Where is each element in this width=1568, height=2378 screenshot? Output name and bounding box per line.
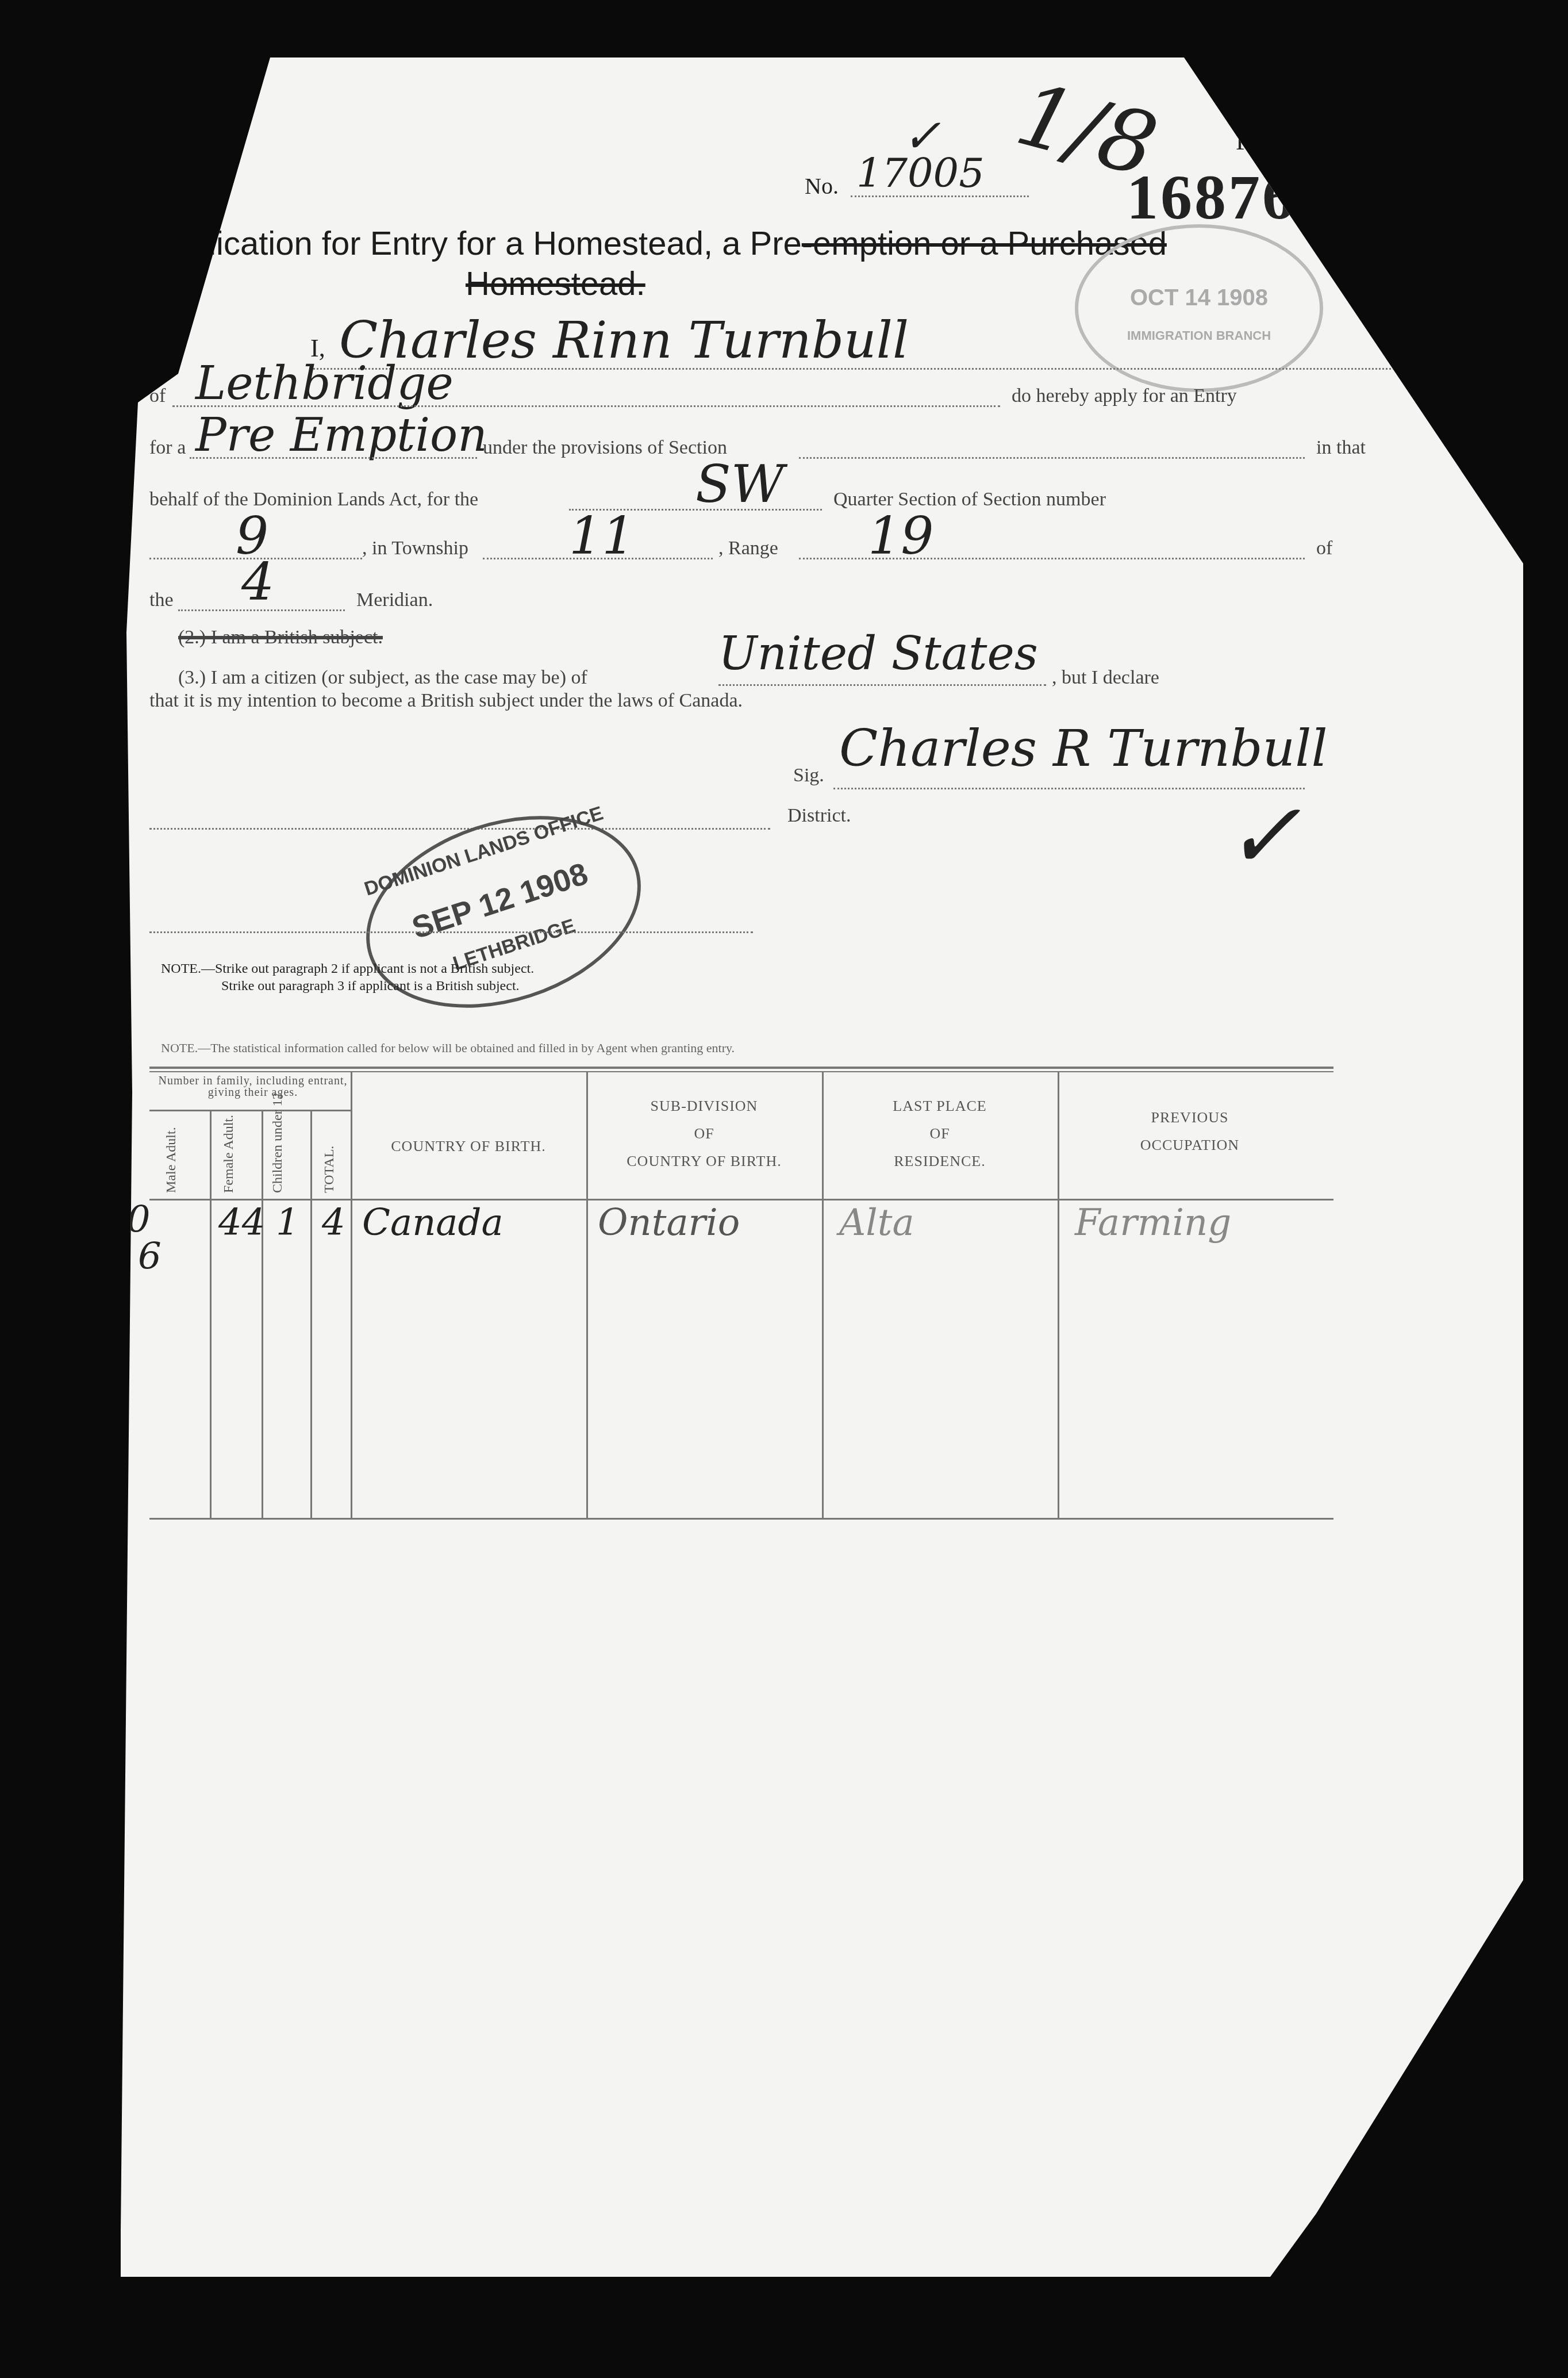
in-that-text: in that bbox=[1316, 437, 1366, 459]
received-stamp-text: IMMIGRATION BRANCH bbox=[1078, 328, 1320, 343]
township-label: , in Township bbox=[362, 538, 468, 559]
children-value: 1 bbox=[276, 1202, 299, 1244]
file-number: 1687614 bbox=[1127, 161, 1364, 234]
meridian: 4 bbox=[241, 552, 274, 612]
strike-note-2: Strike out paragraph 3 if applicant is a… bbox=[161, 977, 534, 995]
subdivision-value: Ontario bbox=[598, 1202, 740, 1244]
the-label: the bbox=[149, 589, 174, 611]
occupation-value: Farming bbox=[1075, 1202, 1231, 1244]
residence-line bbox=[172, 405, 1000, 407]
subdivision-header-line2: OF bbox=[586, 1120, 822, 1148]
behalf-text: behalf of the Dominion Lands Act, for th… bbox=[149, 489, 478, 511]
application-no-label: No. bbox=[805, 172, 839, 200]
paragraph-3-text: (3.) I am a citizen (or subject, as the … bbox=[178, 667, 587, 689]
range-line bbox=[799, 558, 1305, 559]
margin-figure-2: 6 bbox=[103, 1238, 162, 1275]
last-place-value: Alta bbox=[839, 1202, 914, 1244]
form-label: Form A. bbox=[155, 149, 229, 174]
township-line bbox=[483, 558, 713, 559]
margin-figure-3: 1 bbox=[103, 1275, 162, 1312]
print-run: 50,000-5 bbox=[1282, 155, 1327, 170]
subdivision-header-line3: COUNTRY OF BIRTH. bbox=[586, 1148, 822, 1175]
strike-note-1: NOTE.—Strike out paragraph 2 if applican… bbox=[161, 960, 534, 977]
last-place-header-line2: OF bbox=[822, 1120, 1058, 1148]
occupation-header-line2: OCCUPATION bbox=[1058, 1132, 1322, 1159]
title-plain: Application for Entry for a Homestead, a… bbox=[149, 225, 802, 262]
meridian-label: Meridian. bbox=[356, 589, 433, 611]
subdivision-header-line1: SUB-DIVISION bbox=[586, 1092, 822, 1120]
intention-text: that it is my intention to become a Brit… bbox=[149, 690, 743, 712]
but-declare-text: , but I declare bbox=[1052, 667, 1159, 689]
citizenship: United States bbox=[718, 627, 1038, 680]
name-line bbox=[310, 368, 1460, 370]
strike-note: NOTE.—Strike out paragraph 2 if applican… bbox=[161, 960, 534, 995]
statistical-note: NOTE.—The statistical information called… bbox=[161, 1041, 735, 1056]
lands-office-stamp: DOMINION LANDS OFFICE SEP 12 1908 LETHBR… bbox=[341, 783, 666, 1041]
margin-figure-1: 50 bbox=[103, 1202, 162, 1238]
subdivision-header: SUB-DIVISION OF COUNTRY OF BIRTH. bbox=[586, 1092, 822, 1175]
col-divider-1 bbox=[210, 1110, 212, 1518]
male-adult-header: Male Adult. bbox=[164, 1127, 179, 1193]
entry-type-line bbox=[190, 457, 477, 459]
signature: Charles R Turnbull bbox=[839, 719, 1328, 778]
occupation-header: PREVIOUS OCCUPATION bbox=[1058, 1104, 1322, 1159]
provisions-text: under the provisions of Section bbox=[483, 437, 727, 459]
family-header-rule bbox=[149, 1110, 351, 1111]
document-page: Form A. No. 17005 ✓ 1/8 Form 50,000-5 16… bbox=[121, 57, 1523, 2277]
range-label: , Range bbox=[718, 538, 778, 559]
section-provision-line bbox=[799, 457, 1305, 459]
female-adult-value: 44 bbox=[218, 1202, 265, 1244]
country-of-birth-header: COUNTRY OF BIRTH. bbox=[351, 1133, 586, 1160]
total-header: TOTAL. bbox=[322, 1146, 337, 1193]
margin-figures: 50 6 1 bbox=[103, 1202, 162, 1312]
col-divider-3 bbox=[310, 1110, 312, 1518]
of-label: of bbox=[149, 385, 166, 407]
female-adult-header: Female Adult. bbox=[221, 1115, 236, 1193]
of-end: of bbox=[1316, 538, 1332, 559]
paragraph-2-struck: (2.) I am a British subject. bbox=[178, 627, 383, 649]
table-header-rule bbox=[149, 1199, 1333, 1200]
table-top-rule bbox=[149, 1067, 1333, 1069]
occupation-header-line1: PREVIOUS bbox=[1058, 1104, 1322, 1132]
district-label: District. bbox=[787, 805, 851, 827]
residence: Lethbridge bbox=[195, 356, 454, 410]
for-a-label: for a bbox=[149, 437, 186, 459]
application-no-line bbox=[851, 195, 1029, 197]
last-place-header-line1: LAST PLACE bbox=[822, 1092, 1058, 1120]
family-header: Number in family, including entrant, giv… bbox=[155, 1075, 351, 1098]
entry-type: Pre Emption bbox=[195, 408, 487, 462]
margin-check-icon: ✓ bbox=[1224, 782, 1301, 889]
check-mark-icon: ✓ bbox=[902, 109, 941, 163]
sig-label: Sig. bbox=[793, 765, 824, 787]
district-line bbox=[149, 828, 770, 830]
received-stamp: OCT 14 1908 IMMIGRATION BRANCH bbox=[1075, 224, 1323, 392]
total-value: 4 bbox=[322, 1202, 345, 1244]
table-top-rule-2 bbox=[149, 1071, 1333, 1072]
meridian-line bbox=[178, 609, 345, 611]
citizenship-line bbox=[718, 684, 1046, 686]
blank-line bbox=[149, 931, 753, 933]
last-place-header-line3: RESIDENCE. bbox=[822, 1148, 1058, 1175]
received-stamp-date: OCT 14 1908 bbox=[1078, 285, 1320, 311]
form-title: Application for Entry for a Homestead, a… bbox=[149, 224, 1167, 263]
quarter: SW bbox=[695, 454, 784, 515]
form-label-right: Form bbox=[1236, 126, 1290, 156]
col-divider-2 bbox=[262, 1110, 263, 1518]
table-bottom-rule bbox=[149, 1518, 1333, 1520]
apply-text: do hereby apply for an Entry bbox=[1012, 385, 1237, 407]
children-header: Children under 12 bbox=[270, 1092, 285, 1193]
title-line2-struck: Homestead. bbox=[466, 264, 645, 303]
last-place-header: LAST PLACE OF RESIDENCE. bbox=[822, 1092, 1058, 1175]
country-of-birth-value: Canada bbox=[362, 1202, 504, 1244]
